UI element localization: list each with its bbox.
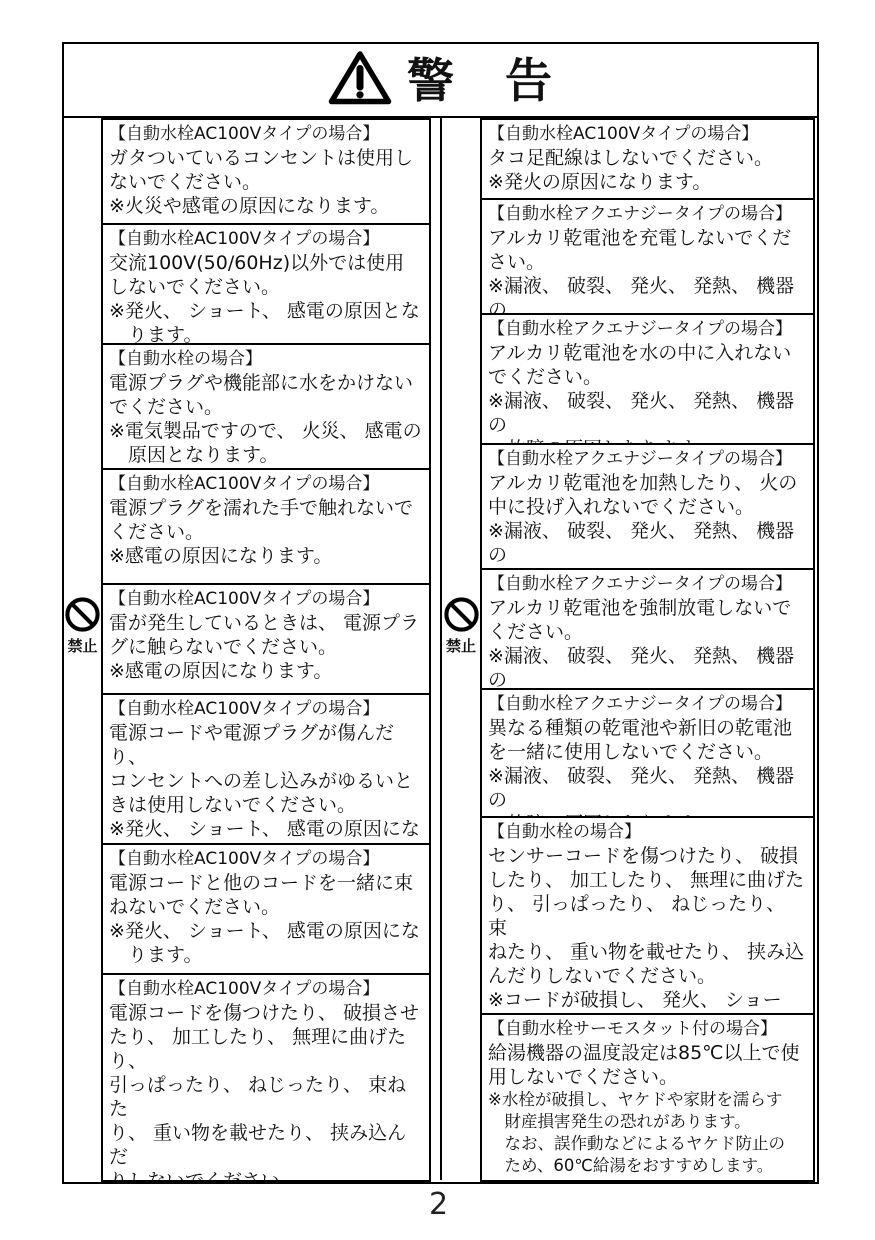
warning-box: 【自動水栓アクエナジータイプの場合】 アルカリ乾電池を充電しないでくだ さい。 … [480, 198, 815, 315]
warning-box-note: ※発火、 ショート、 感電の原因にな ります。 [109, 919, 425, 967]
prohibition-icon [64, 596, 101, 637]
warning-box-title: 【自動水栓サーモスタット付の場合】 [488, 1017, 809, 1041]
warning-box-title: 【自動水栓アクエナジータイプの場合】 [488, 692, 809, 716]
warning-box: 【自動水栓AC100Vタイプの場合】 電源プラグを濡れた手で触れないで ください… [101, 468, 431, 585]
warning-box-note: ※電気製品ですので、 火災、 感電の 原因となります。 [109, 419, 425, 467]
warning-box: 【自動水栓AC100Vタイプの場合】 ガタついているコンセントは使用し ないでく… [101, 118, 431, 225]
warning-box-body: 雷が発生しているときは、 電源プラ グに触らないでください。 [109, 611, 425, 659]
warning-box-note: ※漏液、 破裂、 発火、 発熱、 機器の 故障の原因となります。 [488, 764, 809, 818]
warning-box-body: 電源コードと他のコードを一緒に束 ねないでください。 [109, 871, 425, 919]
warning-box-note: ※漏液、 破裂、 発火、 発熱、 機器の 故障の原因となります。 [488, 389, 809, 445]
warning-box-note: ※漏液、 破裂、 発火、 発熱、 機器の 故障の原因となります。 [488, 519, 809, 570]
left-warning-column: 【自動水栓AC100Vタイプの場合】 ガタついているコンセントは使用し ないでく… [101, 118, 431, 1182]
warning-box: 【自動水栓AC100Vタイプの場合】 タコ足配線はしないでください。 ※発火の原… [480, 118, 815, 200]
warning-triangle-icon [327, 49, 393, 111]
warning-box: 【自動水栓AC100Vタイプの場合】 雷が発生しているときは、 電源プラ グに触… [101, 583, 431, 695]
warning-box: 【自動水栓アクエナジータイプの場合】 アルカリ乾電池を強制放電しないで ください… [480, 568, 815, 690]
page-number: 2 [62, 1188, 815, 1222]
warning-box-title: 【自動水栓アクエナジータイプの場合】 [488, 202, 809, 226]
warning-box-note: ※コードが破損し、 発火、 ショート、 感電の原因となります。 [488, 988, 809, 1015]
warning-box-body: アルカリ乾電池を水の中に入れない でください。 [488, 341, 809, 389]
warning-box: 【自動水栓AC100Vタイプの場合】 電源コードと他のコードを一緒に束 ねないで… [101, 843, 431, 975]
right-warning-column: 【自動水栓AC100Vタイプの場合】 タコ足配線はしないでください。 ※発火の原… [480, 118, 815, 1182]
warning-box-title: 【自動水栓AC100Vタイプの場合】 [488, 122, 809, 146]
warning-box-title: 【自動水栓AC100Vタイプの場合】 [109, 697, 425, 721]
warning-box-title: 【自動水栓アクエナジータイプの場合】 [488, 447, 809, 471]
warning-box-title: 【自動水栓アクエナジータイプの場合】 [488, 572, 809, 596]
warning-box-note: ※漏液、 破裂、 発火、 発熱、 機器の 故障の原因となります。 [488, 274, 809, 315]
warning-box: 【自動水栓AC100Vタイプの場合】 電源コードを傷つけたり、 破損させ たり、… [101, 973, 431, 1182]
warning-box-title: 【自動水栓AC100Vタイプの場合】 [109, 847, 425, 871]
warning-body: 禁止 禁止 【自動水栓AC100Vタイプの場合】 ガタついているコンセントは使用… [64, 118, 817, 1180]
warning-box-note: ※水栓が破損し、ヤケドや家財を濡らす 財産損害発生の恐れがあります。 なお、誤作… [488, 1089, 809, 1177]
warning-box-title: 【自動水栓AC100Vタイプの場合】 [109, 122, 425, 146]
warning-box: 【自動水栓の場合】 電源プラグや機能部に水をかけない でください。 ※電気製品で… [101, 343, 431, 470]
warning-box-title: 【自動水栓AC100Vタイプの場合】 [109, 977, 425, 1001]
warning-box-body: ガタついているコンセントは使用し ないでください。 [109, 146, 425, 194]
warning-box-note: ※感電の原因になります。 [109, 544, 425, 568]
warning-box-title: 【自動水栓の場合】 [488, 820, 809, 844]
warning-box-title: 【自動水栓AC100Vタイプの場合】 [109, 472, 425, 496]
warning-title: 警 告 [407, 56, 554, 105]
warning-box: 【自動水栓アクエナジータイプの場合】 異なる種類の乾電池や新旧の乾電池 を一緒に… [480, 688, 815, 818]
prohibition-label: 禁止 [67, 638, 97, 654]
warning-box: 【自動水栓アクエナジータイプの場合】 アルカリ乾電池を加熱したり、 火の 中に投… [480, 443, 815, 570]
warning-box-body: 給湯機器の温度設定は85℃以上で使 用しないでください。 [488, 1041, 809, 1089]
warning-header: 警 告 [64, 44, 817, 118]
warning-box-note: ※発火の原因になります。 [488, 170, 809, 194]
warning-box-title: 【自動水栓の場合】 [109, 347, 425, 371]
warning-box-note: ※発火、 ショート、 感電の原因にな ります。 [109, 817, 425, 845]
warning-box-body: 電源プラグを濡れた手で触れないで ください。 [109, 496, 425, 544]
warning-box-title: 【自動水栓アクエナジータイプの場合】 [488, 317, 809, 341]
prohibition-symbol-left: 禁止 [64, 596, 101, 654]
prohibition-icon [443, 596, 480, 637]
warning-box-body: センサーコードを傷つけたり、 破損 したり、 加工したり、 無理に曲げた り、 … [488, 844, 809, 988]
warning-box-body: 異なる種類の乾電池や新旧の乾電池 を一緒に使用しないでください。 [488, 716, 809, 764]
warning-box-body: 電源コードを傷つけたり、 破損させ たり、 加工したり、 無理に曲げたり、 引っ… [109, 1001, 425, 1182]
warning-box-body: アルカリ乾電池を強制放電しないで ください。 [488, 596, 809, 644]
warning-box-note: ※感電の原因になります。 [109, 659, 425, 683]
warning-box-body: 電源プラグや機能部に水をかけない でください。 [109, 371, 425, 419]
warning-box: 【自動水栓AC100Vタイプの場合】 交流100V(50/60Hz)以外では使用… [101, 223, 431, 345]
warning-box-note: ※火災や感電の原因になります。 [109, 194, 425, 218]
warning-box-body: 交流100V(50/60Hz)以外では使用 しないでください。 [109, 251, 425, 299]
warning-box-title: 【自動水栓AC100Vタイプの場合】 [109, 587, 425, 611]
manual-warning-page: 警 告 禁止 [0, 0, 875, 1240]
warning-box: 【自動水栓AC100Vタイプの場合】 電源コードや電源プラグが傷んだり、 コンセ… [101, 693, 431, 845]
prohibition-symbol-right: 禁止 [442, 596, 480, 654]
warning-box-body: 電源コードや電源プラグが傷んだり、 コンセントへの差し込みがゆるいと きは使用し… [109, 721, 425, 817]
warning-box-body: アルカリ乾電池を加熱したり、 火の 中に投げ入れないでください。 [488, 471, 809, 519]
warning-table: 警 告 禁止 [62, 42, 819, 1184]
warning-box-title: 【自動水栓AC100Vタイプの場合】 [109, 227, 425, 251]
warning-box-body: アルカリ乾電池を充電しないでくだ さい。 [488, 226, 809, 274]
warning-box-note: ※発火、 ショート、 感電の原因とな ります。 [109, 299, 425, 345]
warning-box: 【自動水栓サーモスタット付の場合】 給湯機器の温度設定は85℃以上で使 用しない… [480, 1013, 815, 1182]
prohibition-label: 禁止 [446, 638, 476, 654]
warning-box-body: タコ足配線はしないでください。 [488, 146, 809, 170]
warning-box-note: ※漏液、 破裂、 発火、 発熱、 機器の 故障の原因となります。 [488, 644, 809, 690]
warning-box: 【自動水栓アクエナジータイプの場合】 アルカリ乾電池を水の中に入れない でくださ… [480, 313, 815, 445]
warning-box: 【自動水栓の場合】 センサーコードを傷つけたり、 破損 したり、 加工したり、 … [480, 816, 815, 1015]
